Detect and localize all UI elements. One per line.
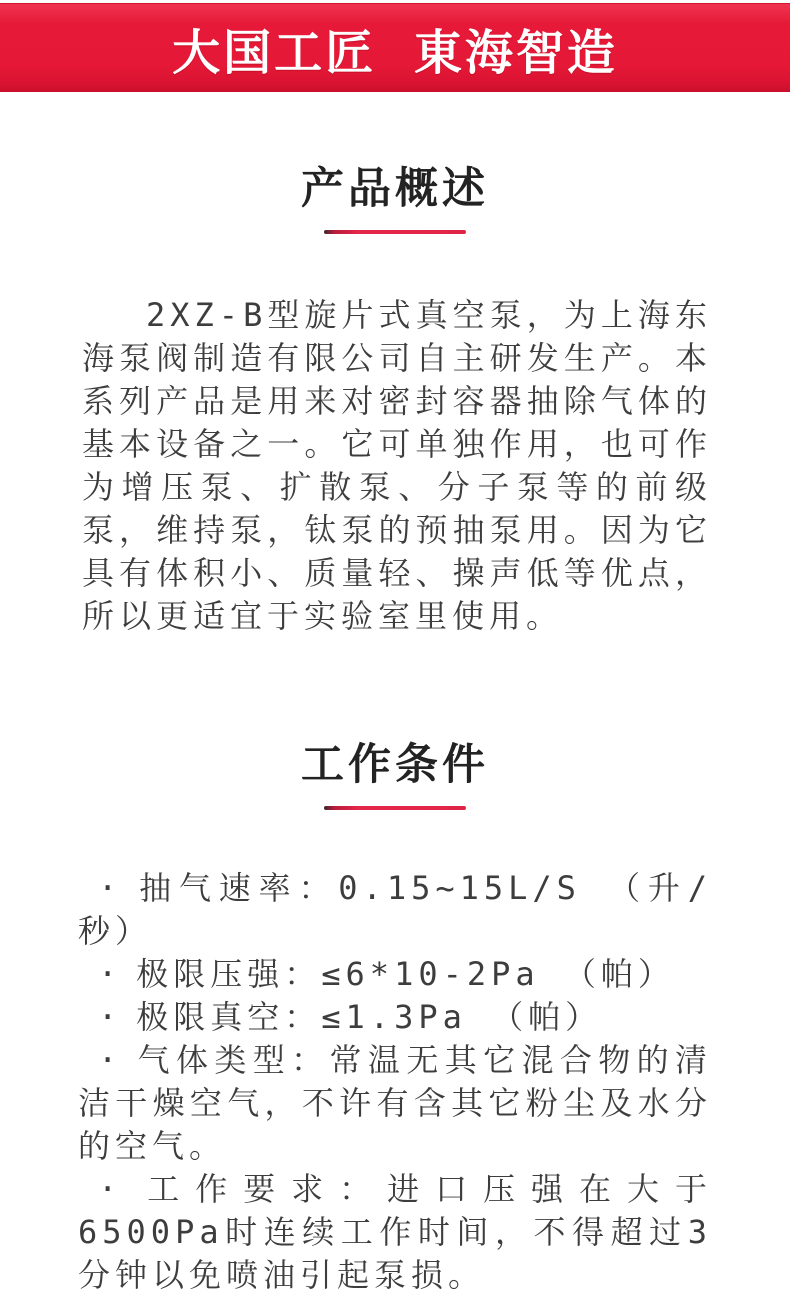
- conditions-section-header: 工作条件: [0, 738, 790, 810]
- bullet-marker: ·: [88, 1168, 122, 1211]
- condition-item: ·工作要求：进口压强在大于6500Pa时连续工作时间，不得超过3分钟以免喷油引起…: [78, 1168, 712, 1297]
- condition-item-text: 工作要求：进口压强在大于6500Pa时连续工作时间，不得超过3分钟以免喷油引起泵…: [78, 1170, 712, 1294]
- overview-heading: 产品概述: [0, 162, 790, 216]
- bullet-marker: ·: [88, 867, 122, 910]
- heading-underline: [324, 806, 466, 810]
- condition-item: ·气体类型：常温无其它混合物的清洁干燥空气，不许有含其它粉尘及水分的空气。: [78, 1039, 712, 1168]
- condition-item: ·极限真空：≤1.3Pa （帕）: [78, 996, 712, 1039]
- condition-item: ·抽气速率：0.15~15L/S （升/秒）: [78, 867, 712, 953]
- condition-item-text: 气体类型：常温无其它混合物的清洁干燥空气，不许有含其它粉尘及水分的空气。: [78, 1041, 712, 1165]
- condition-item-text: 抽气速率：0.15~15L/S （升/秒）: [78, 869, 712, 950]
- heading-underline: [324, 230, 466, 234]
- brand-banner-title: 大国工匠 東海智造: [172, 14, 618, 83]
- overview-paragraph: 2XZ-B型旋片式真空泵，为上海东海泵阀制造有限公司自主研发生产。本系列产品是用…: [82, 294, 712, 638]
- conditions-list: ·抽气速率：0.15~15L/S （升/秒） ·极限压强：≤6*10-2Pa （…: [78, 867, 712, 1297]
- overview-section-header: 产品概述: [0, 162, 790, 234]
- conditions-heading: 工作条件: [0, 738, 790, 792]
- condition-item: ·极限压强：≤6*10-2Pa （帕）: [78, 953, 712, 996]
- condition-item-text: 极限真空：≤1.3Pa （帕）: [136, 998, 602, 1036]
- brand-banner: 大国工匠 東海智造: [0, 3, 790, 92]
- product-description-page: 大国工匠 東海智造 产品概述 2XZ-B型旋片式真空泵，为上海东海泵阀制造有限公…: [0, 3, 790, 1297]
- condition-item-text: 极限压强：≤6*10-2Pa （帕）: [136, 955, 675, 993]
- bullet-marker: ·: [88, 1039, 122, 1082]
- bullet-marker: ·: [88, 953, 122, 996]
- bullet-marker: ·: [88, 996, 122, 1039]
